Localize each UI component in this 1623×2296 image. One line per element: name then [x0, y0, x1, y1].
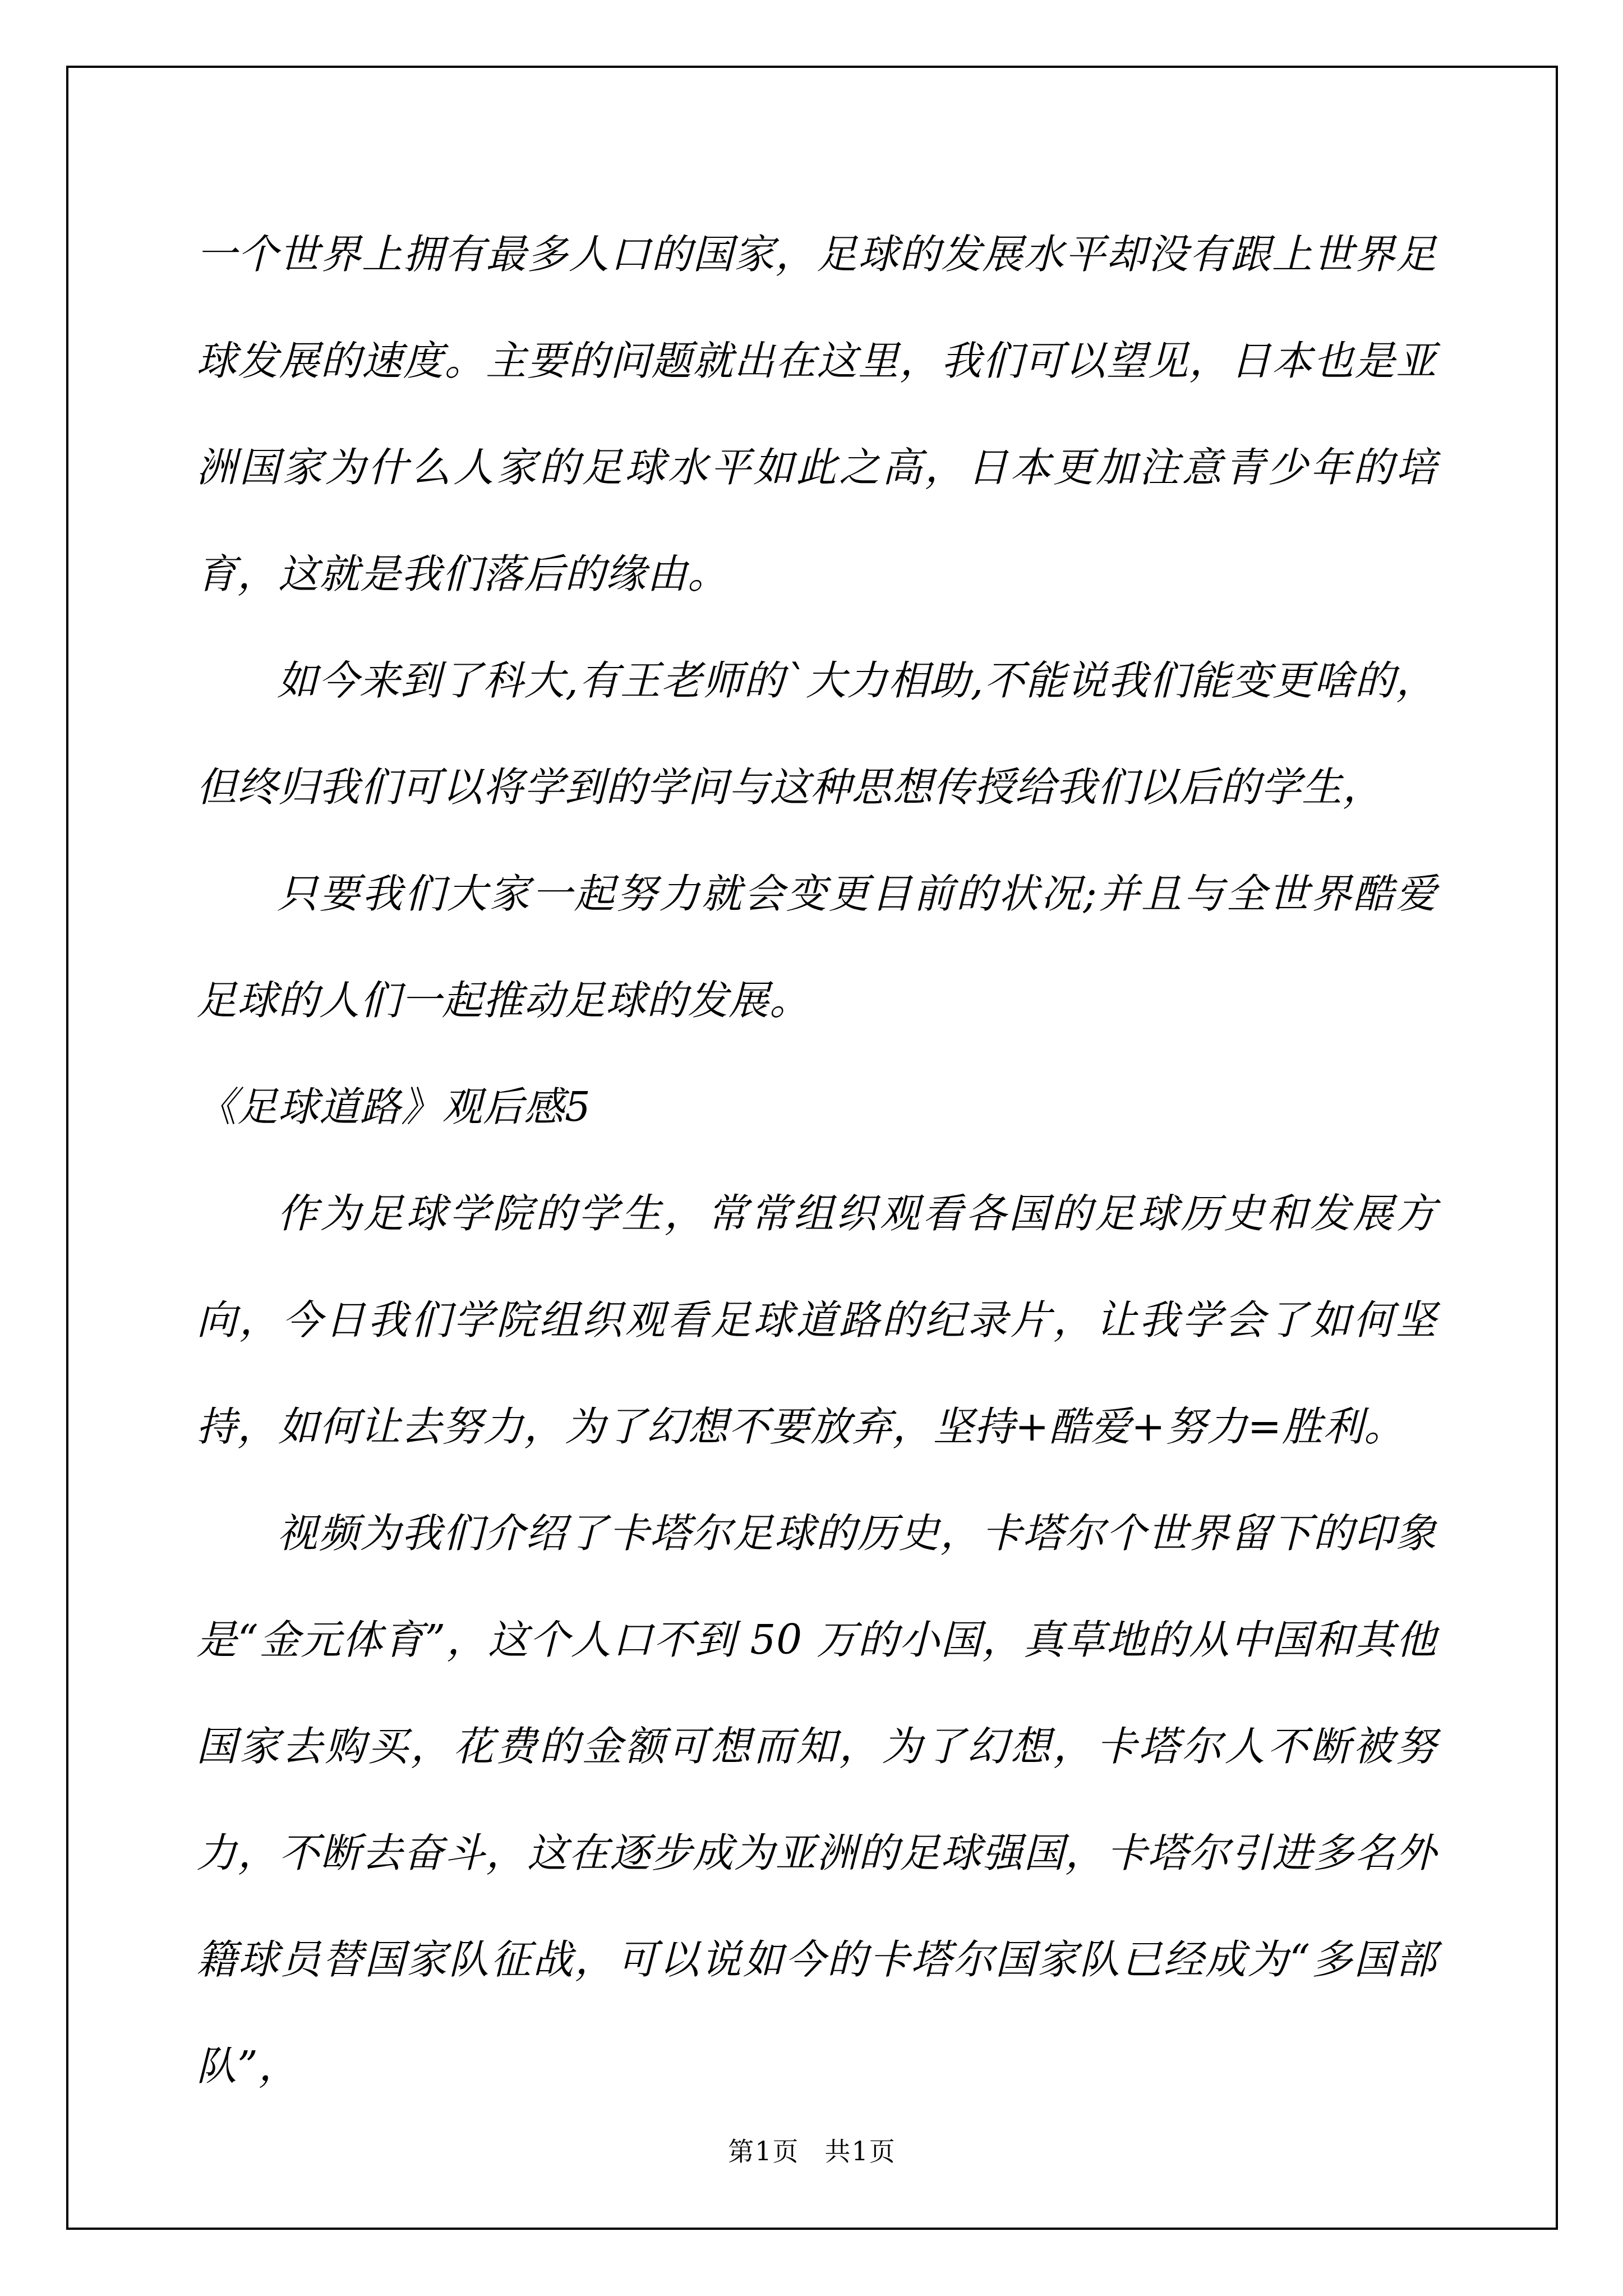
paragraph: 一个世界上拥有最多人口的国家，足球的发展水平却没有跟上世界足球发展的速度。主要的…	[196, 201, 1437, 627]
page-border-frame: 一个世界上拥有最多人口的国家，足球的发展水平却没有跟上世界足球发展的速度。主要的…	[66, 66, 1558, 2230]
page-number-label: 第1页	[728, 2136, 799, 2166]
paragraph: 只要我们大家一起努力就会变更目前的状况;并且与全世界酷爱足球的人们一起推动足球的…	[196, 840, 1437, 1053]
document-body: 一个世界上拥有最多人口的国家，足球的发展水平却没有跟上世界足球发展的速度。主要的…	[196, 201, 1437, 2119]
paragraph: 如今来到了科大,有王老师的`大力相助,不能说我们能变更啥的，但终归我们可以将学到…	[196, 627, 1437, 840]
paragraph: 作为足球学院的学生，常常组织观看各国的足球历史和发展方向，今日我们学院组织观看足…	[196, 1160, 1437, 1480]
paragraph: 视频为我们介绍了卡塔尔足球的历史，卡塔尔个世界留下的印象是“金元体育”，这个人口…	[196, 1480, 1437, 2119]
page-footer: 第1页共1页	[68, 2137, 1556, 2166]
page-count-label: 共1页	[825, 2136, 896, 2166]
paragraph: 《足球道路》观后感5	[196, 1053, 1437, 1160]
